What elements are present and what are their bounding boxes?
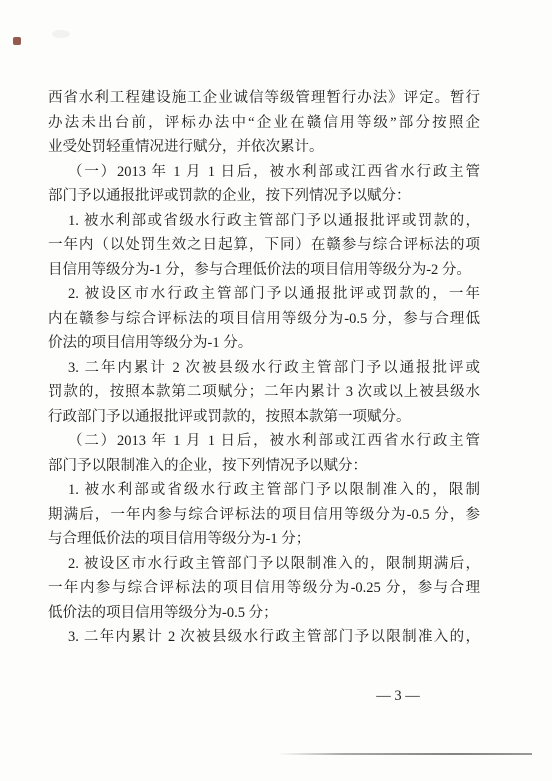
text-line: 低价法的项目信用等级分为-0.5 分；	[48, 601, 480, 626]
text-line: 2. 被设区市水行政主管部门予以通报批评或罚款的，一年	[48, 282, 480, 307]
red-stamp-mark	[13, 37, 21, 45]
text-line: （一）2013 年 1 月 1 日后，被水利部或江西省水行政主管	[48, 160, 480, 185]
text-line: （二）2013 年 1 月 1 日后，被水利部或江西省水行政主管	[48, 429, 480, 454]
text-line: 内在赣参与综合评标法的项目信用等级分为-0.5 分，参与合理低	[48, 307, 480, 332]
text-line: 1. 被水利部或省级水行政主管部门予以限制准入的，限制	[48, 478, 480, 503]
text-line: 2. 被设区市水行政主管部门予以限制准入的，限制期满后，	[48, 552, 480, 577]
text-line: 与合理低价法的项目信用等级分为-1 分；	[48, 527, 480, 552]
document-body: 西省水利工程建设施工企业诚信等级管理暂行办法》评定。暂行办法未出台前，评标办法中…	[48, 86, 480, 650]
document-page: 西省水利工程建设施工企业诚信等级管理暂行办法》评定。暂行办法未出台前，评标办法中…	[0, 0, 552, 781]
text-line: 业受处罚轻重情况进行赋分，并依次累计。	[48, 135, 480, 160]
text-line: 一年内（以处罚生效之日起算，下同）在赣参与综合评标法的项	[48, 233, 480, 258]
text-line: 部门予以通报批评或罚款的企业，按下列情况予以赋分：	[48, 184, 480, 209]
text-line: 期满后，一年内参与综合评标法的项目信用等级分为-0.5 分，参	[48, 503, 480, 528]
text-line: 部门予以限制准入的企业，按下列情况予以赋分：	[48, 454, 480, 479]
scan-shadow-line	[278, 753, 532, 755]
scan-smudge	[52, 30, 70, 38]
text-line: 西省水利工程建设施工企业诚信等级管理暂行办法》评定。暂行	[48, 86, 480, 111]
text-line: 行政部门予以通报批评或罚款的，按照本款第一项赋分。	[48, 405, 480, 430]
text-line: 办法未出台前，评标办法中“企业在赣信用等级”部分按照企	[48, 111, 480, 136]
text-line: 一年内参与综合评标法的项目信用等级分为-0.25 分，参与合理	[48, 576, 480, 601]
text-line: 罚款的，按照本款第二项赋分；二年内累计 3 次或以上被县级水	[48, 380, 480, 405]
text-line: 1. 被水利部或省级水行政主管部门予以通报批评或罚款的，	[48, 209, 480, 234]
page-number: — 3 —	[356, 688, 440, 705]
text-line: 3. 二年内累计 2 次被县级水行政主管部门予以通报批评或	[48, 356, 480, 381]
text-line: 价法的项目信用等级分为-1 分。	[48, 331, 480, 356]
text-line: 目信用等级分为-1 分，参与合理低价法的项目信用等级分为-2 分。	[48, 258, 480, 283]
text-line: 3. 二年内累计 2 次被县级水行政主管部门予以限制准入的，	[48, 625, 480, 650]
